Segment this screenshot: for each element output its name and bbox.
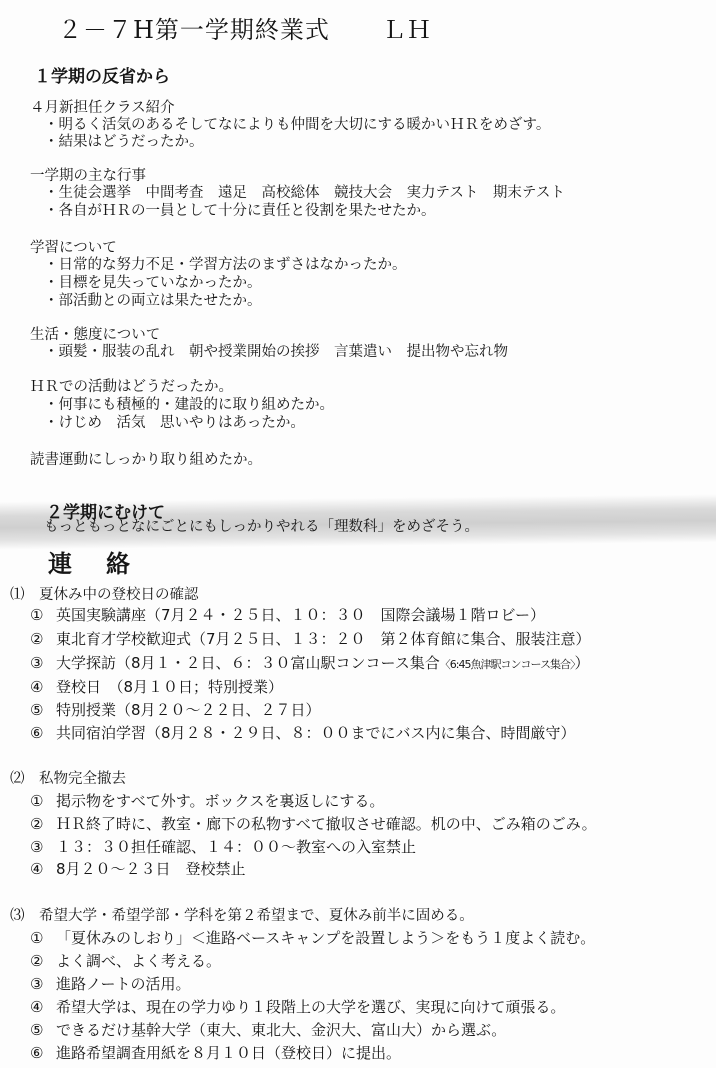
notice-item: ⑥共同宿泊学習（8月２８・２９日、８：００までにバス内に集合、時間厳守） xyxy=(30,722,576,743)
notice-item: ⑥進路希望調査用紙を８月１０日（登校日）に提出。 xyxy=(30,1042,401,1063)
reflection-heading: １学期の反省から xyxy=(34,62,170,87)
bullet: ・各自がＨＲの一員として十分に責任と役割を果たせたか。 xyxy=(44,199,436,220)
notices-heading: 連絡 xyxy=(48,544,164,579)
notice-group-head: ⑵ 私物完全撤去 xyxy=(10,767,126,788)
notice-item: ③大学探訪（8月１・２日、６：３０富山駅コンコース集合〈6:45魚津駅コンコース… xyxy=(30,652,589,673)
notice-item: ⑤特別授業（8月２０～２２日、２７日） xyxy=(30,699,321,720)
bullet: ・結果はどうだったか。 xyxy=(44,130,204,151)
notice-item: ②ＨＲ終了時に、教室・廊下の私物すべて撤収させ確認。机の中、ごみ箱のごみ。 xyxy=(30,813,597,834)
bullet: ・頭髪・服装の乱れ 朝や授業開始の挨拶 言葉遣い 提出物や忘れ物 xyxy=(44,340,508,361)
notice-group-head: ⑶ 希望大学・希望学部・学科を第２希望まで、夏休み前半に固める。 xyxy=(10,904,474,925)
notice-item: ③進路ノートの活用。 xyxy=(30,973,191,994)
notice-item: ②東北育才学校歓迎式（7月２５日、１３：２０ 第２体育館に集合、服装注意） xyxy=(30,628,591,649)
notice-item: ①掲示物をすべて外す。ボックスを裏返しにする。 xyxy=(30,790,384,811)
notice-item: ⑤できるだけ基幹大学（東大、東北大、金沢大、富山大）から選ぶ。 xyxy=(30,1019,506,1040)
section-head: 読書運動にしっかり取り組めたか。 xyxy=(30,448,262,469)
notice-item: ④8月２０～２３日 登校禁止 xyxy=(30,858,246,879)
title-suffix: ＬＨ xyxy=(382,16,432,44)
page-title: ２－７H第一学期終業式ＬＨ xyxy=(58,10,432,45)
second-term-text: もっともっとなにごとにもしっかりやれる「理数科」をめざそう。 xyxy=(44,515,479,536)
notice-item: ①「夏休みのしおり」＜進路ベースキャンプを設置しよう＞をもう１度よく読む。 xyxy=(30,927,595,948)
bullet: ・けじめ 活気 思いやりはあったか。 xyxy=(44,411,305,432)
notice-group-head: ⑴ 夏休み中の登校日の確認 xyxy=(10,583,199,604)
notice-item: ③１３：３０担任確認、１４：００～教室への入室禁止 xyxy=(30,836,416,857)
notice-item: ②よく調べ、よく考える。 xyxy=(30,950,221,971)
bullet: ・部活動との両立は果たせたか。 xyxy=(44,289,262,310)
notice-item: ④希望大学は、現在の学力ゆり１段階上の大学を選び、実現に向けて頑張る。 xyxy=(30,996,565,1017)
title-main: ２－７H第一学期終業式 xyxy=(58,16,330,44)
notice-item: ①英国実験講座（7月２４・２５日、１０：３０ 国際会議場１階ロビー） xyxy=(30,604,545,625)
notice-item: ④登校日 （8月１０日；特別授業） xyxy=(30,676,283,697)
